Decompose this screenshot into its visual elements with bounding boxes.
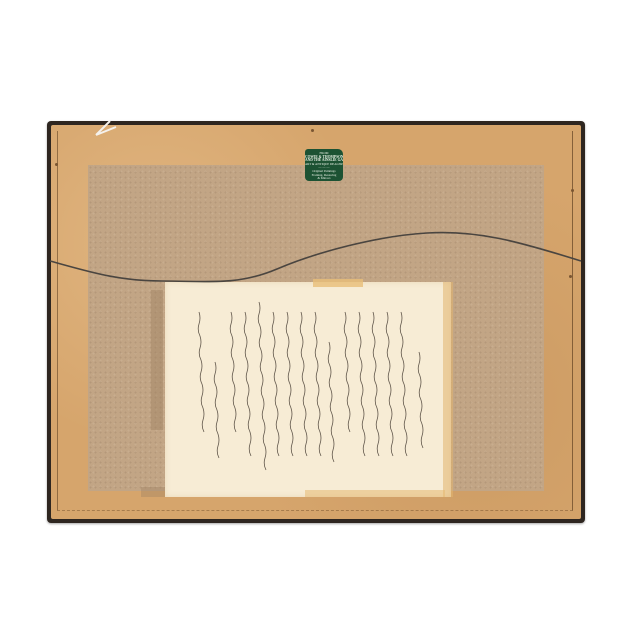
handwritten-letter — [165, 282, 451, 497]
handwriting-strokes-icon — [187, 292, 427, 487]
nail-mark — [569, 275, 572, 278]
tape-strip-left — [151, 290, 163, 430]
picture-frame-back: FROM COWIE & THOMPSON INC AND THE AINSLI… — [47, 121, 585, 523]
letter-tape-top — [313, 279, 363, 287]
letter-tape-bottom — [305, 490, 445, 497]
label-line: & Mirrors — [305, 177, 343, 181]
nail-mark — [571, 189, 574, 192]
kraft-paper-backing: FROM COWIE & THOMPSON INC AND THE AINSLI… — [51, 125, 581, 519]
cursive-writing — [187, 292, 427, 487]
nail-mark — [311, 129, 314, 132]
gallery-label: FROM COWIE & THOMPSON INC AND THE AINSLI… — [305, 149, 343, 181]
nail-mark — [55, 163, 58, 166]
wire-hanger-loop-icon — [92, 115, 120, 137]
letter-tape-right — [443, 282, 453, 497]
